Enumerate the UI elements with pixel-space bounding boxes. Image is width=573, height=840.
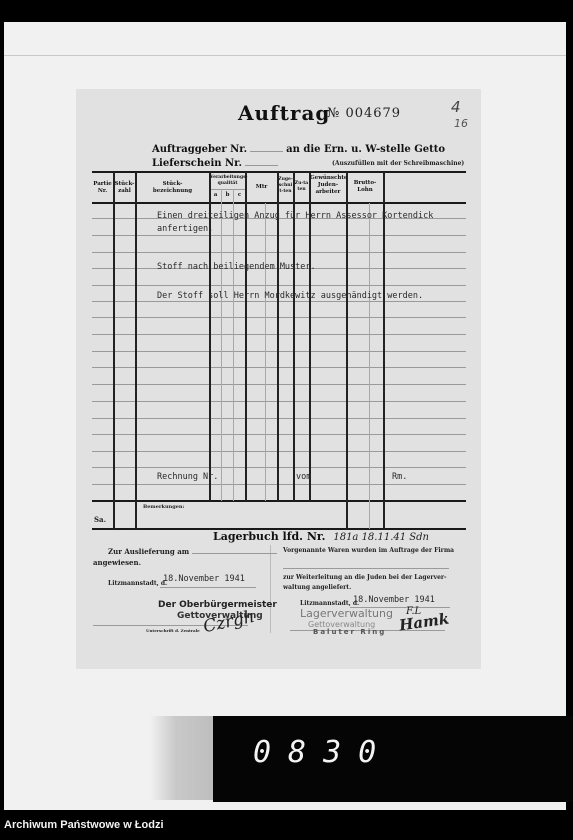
lieferschein-label: Lieferschein Nr. [152,158,242,169]
table-top-rule [92,171,466,173]
auftraggeber-label: Auftraggeber Nr. [152,144,247,155]
number-value: 004679 [345,106,401,121]
col-divider [135,172,137,529]
col-divider [245,172,247,501]
col-divider [113,172,115,529]
col-header-qualitaet: Verarbeitungs-qualität [210,175,245,187]
row-line [92,451,466,452]
col-divider [309,172,311,501]
margin-note-top: 4 [451,98,461,116]
rechnung-label: Rechnung Nr. [157,472,218,482]
col-header-quality-a: a [210,192,221,199]
col-divider [209,172,211,501]
col-divider-light [221,189,222,501]
fill-note: (Auszufüllen mit der Schreibmaschine) [332,160,464,167]
auftraggeber-blank [250,143,283,152]
auslieferung-line: Zur Auslieferung am [108,547,277,556]
order-number: № 004679 [327,106,401,121]
document-title: Auftrag [238,101,330,125]
right-line2: zur Weiterleitung an die Juden bei der L… [283,574,447,581]
label-shadow [150,716,214,800]
col-divider [383,172,385,529]
row-line [92,252,466,253]
lagerbuch-label: Lagerbuch lfd. Nr. [213,530,326,543]
lieferschein-line: Lieferschein Nr. [152,157,281,169]
auftraggeber-suffix: an die Ern. u. W-stelle Getto [286,144,445,155]
row-line [92,384,466,385]
number-prefix: № [327,106,340,121]
col-divider [293,172,295,501]
col-header-partie: Partie Nr. [92,181,113,195]
col-header-zugeschnitten: Zuge-schnit-ten [278,177,293,195]
archive-footer: Archiwum Państwowe w Łodzi [4,819,164,831]
quality-sub-rule [209,189,245,190]
block-divider [270,545,271,633]
left-stamp-line1: Der Oberbürgermeister [158,600,277,610]
lieferschein-blank [245,157,278,166]
row-line [92,401,466,402]
margin-note-bottom: 16 [454,117,468,130]
right-stamp-line3: Baluter Ring [313,628,386,636]
signature-caption: Unterschrift d. Zentrale [146,628,200,633]
col-divider-light [369,203,370,529]
typed-line: anfertigen. [157,224,213,234]
angewiesen-label: angewiesen. [93,558,141,567]
right-line3: waltung angeliefert. [283,584,351,591]
left-place-label: Litzmannstadt, d. [108,580,167,587]
lagerbuch-handwritten: 181a 18.11.41 Sdn [333,532,429,543]
typed-line: Einen dreiteiligen Anzug für Herrn Asses… [157,211,433,221]
header-bottom-rule [92,202,466,204]
row-line [92,367,466,368]
col-header-bruttolohn: Brutto-Lohn [347,180,383,194]
right-place-label: Litzmannstadt, d. [300,600,359,607]
scan-frame-line [4,55,566,56]
col-divider [346,172,348,529]
col-divider [277,172,279,501]
col-divider-light [265,203,266,501]
left-date: 18.November 1941 [163,574,245,584]
col-header-bezeichnung: Stück-bezeichnung [136,181,209,195]
auslieferung-blank [192,548,277,554]
right-date: 18.November 1941 [353,595,435,605]
row-line [92,235,466,236]
firma-line [283,568,449,569]
col-header-judenarbeiter: Gewünschte Juden-arbeiter [310,175,346,196]
right-stamp-line1: Lagerverwaltung [300,607,393,620]
col-header-quality-c: c [234,192,245,199]
row-line [92,434,466,435]
frame-counter: 0830 [253,735,393,770]
right-line1: Vorgenannte Waren wurden im Auftrage der… [283,547,454,554]
col-header-stueckzahl: Stück-zahl [114,181,135,195]
bemerkungen-label: Bemerkungen: [143,504,184,510]
col-header-zutaten: Zu-taten [294,181,309,193]
col-header-quality-b: b [222,192,233,199]
left-date-line [160,587,256,588]
row-line [92,334,466,335]
auslieferung-label: Zur Auslieferung am [108,547,189,556]
row-line [92,467,466,468]
rm-label: Rm. [392,472,407,482]
row-line [92,484,466,485]
lagerbuch-line: Lagerbuch lfd. Nr. 181a 18.11.41 Sdn [213,530,429,543]
row-line [92,285,466,286]
row-line [92,301,466,302]
sa-label: Sa. [94,515,106,524]
row-line [92,351,466,352]
typed-line: Der Stoff soll Herrn Mordkewitz ausgehän… [157,291,423,301]
table-sum-rule [92,500,466,502]
col-header-mtr: Mtr [246,184,277,191]
col-divider-light [233,189,234,501]
vom-label: vom [296,472,311,482]
auftraggeber-line: Auftraggeber Nr.an die Ern. u. W-stelle … [152,143,445,155]
row-line [92,418,466,419]
row-line [92,317,466,318]
typed-line: Stoff nach beiliegendem Muster. [157,262,316,272]
